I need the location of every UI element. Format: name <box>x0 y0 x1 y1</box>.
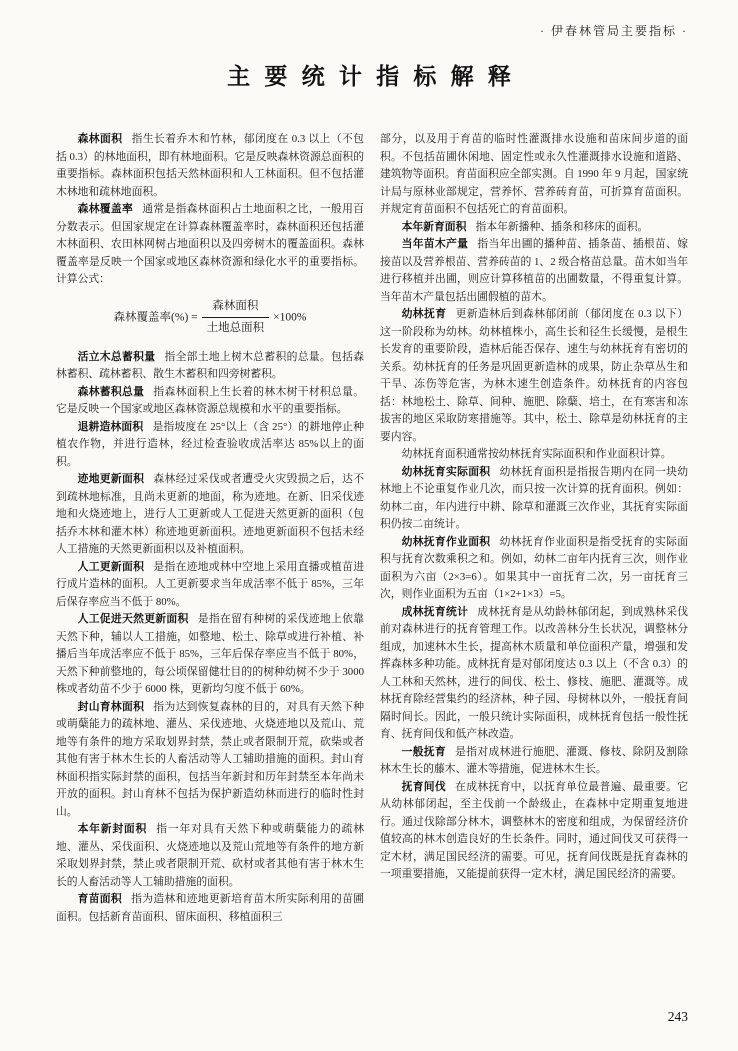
definition-paragraph: 退耕造林面积是指坡度在 25°以上（含 25°）的耕地停止种植农作物，并进行造林… <box>56 419 364 472</box>
right-column: 部分，以及用于育苗的临时性灌溉排水设施和苗床间步道的面积。不包括苗圃休闲地、固定… <box>380 131 688 926</box>
page-title: 主要统计指标解释 <box>0 58 738 91</box>
definition-paragraph: 幼林抚育面积通常按幼林抚育实际面积和作业面积计算。 <box>380 446 688 464</box>
term-label: 育苗面积 <box>78 893 122 905</box>
term-label: 森林覆盖率 <box>78 203 134 215</box>
definition-text: 部分，以及用于育苗的临时性灌溉排水设施和苗床间步道的面积。不包括苗圃休闲地、固定… <box>380 133 688 215</box>
term-label: 幼林抚育作业面积 <box>402 536 491 548</box>
formula-denominator: 土地总面积 <box>202 318 270 338</box>
definition-paragraph: 本年新育面积指本年新播种、插条和移床的面积。 <box>380 219 688 237</box>
formula-suffix: ×100% <box>273 311 306 323</box>
running-head: · 伊春林管局主要指标 · <box>540 22 688 39</box>
term-label: 一般抚育 <box>402 746 446 758</box>
definition-paragraph: 当年苗木产量指当年出圃的播种苗、插条苗、插根苗、嫁接苗以及营养根苗、营养砖苗的 … <box>380 236 688 306</box>
forest-coverage-formula: 森林覆盖率(%) =森林面积土地总面积×100% <box>56 289 364 349</box>
definition-paragraph: 抚育间伐在成林抚育中，以抚育单位最普遍、最重要。它从幼林郁闭起，至主伐前一个龄级… <box>380 779 688 884</box>
term-label: 幼林抚育 <box>402 308 447 320</box>
definition-paragraph: 人工更新面积是指在迹地或林中空地上采用直播或植苗进行成片造林的面积。人工更新要求… <box>56 559 364 612</box>
definition-paragraph: 人工促进天然更新面积是指在留有种树的采伐迹地上依靠天然下种，辅以人工措施，如整地… <box>56 611 364 699</box>
definition-text: 指本年新播种、插条和移床的面积。 <box>476 221 649 233</box>
formula-numerator: 森林面积 <box>202 298 270 319</box>
left-column: 森林面积指生长着乔木和竹林，郁闭度在 0.3 以上（不包括 0.3）的林地面积，… <box>56 131 364 926</box>
formula-lhs: 森林覆盖率(%) = <box>114 311 198 323</box>
definition-text: 在成林抚育中，以抚育单位最普遍、最重要。它从幼林郁闭起，至主伐前一个龄级止，在森… <box>380 781 688 881</box>
page-number: 243 <box>668 1009 688 1025</box>
definition-text: 森林经过采伐或者遭受火灾毁损之后，达不到疏林地标准，且尚未更新的地面，称为迹地。… <box>56 473 364 555</box>
two-column-body: 森林面积指生长着乔木和竹林，郁闭度在 0.3 以上（不包括 0.3）的林地面积，… <box>56 131 688 926</box>
definition-paragraph: 本年新封面积指一年对具有天然下种或萌蘖能力的疏林地、灌丛、采伐面积、火烧迹地以及… <box>56 821 364 891</box>
definition-paragraph: 迹地更新面积森林经过采伐或者遭受火灾毁损之后，达不到疏林地标准，且尚未更新的地面… <box>56 471 364 559</box>
term-label: 当年苗木产量 <box>402 238 469 250</box>
formula-fraction: 森林面积土地总面积 <box>202 298 270 338</box>
term-label: 本年新封面积 <box>78 823 148 835</box>
definition-text: 成林抚育是从幼龄林郁闭起，到成熟林采伐前对森林进行的抚育管理工作。以改善林分生长… <box>380 606 688 741</box>
definition-paragraph: 封山育林面积指为达到恢复森林的目的，对具有天然下种或萌蘖能力的疏林地、灌丛、采伐… <box>56 699 364 822</box>
definition-text: 是指在留有种树的采伐迹地上依靠天然下种，辅以人工措施，如整地、松土、除草或进行补… <box>56 613 364 695</box>
definition-text: 更新造林后到森林郁闭前（郁闭度在 0.3 以下）这一阶段称为幼林。幼林植株小，高… <box>380 308 688 443</box>
definition-text: 通常是指森林面积占土地面积之比，一般用百分数表示。但国家规定在计算森林覆盖率时，… <box>56 203 364 285</box>
document-page: · 伊春林管局主要指标 · 主要统计指标解释 森林面积指生长着乔木和竹林，郁闭度… <box>0 0 738 1051</box>
definition-paragraph: 育苗面积指为造林和迹地更新培育苗木所实际利用的苗圃面积。包括新育苗面积、留床面积… <box>56 891 364 926</box>
term-label: 森林蓄积总量 <box>78 386 145 398</box>
term-label: 退耕造林面积 <box>78 421 144 433</box>
continuation-paragraph: 部分，以及用于育苗的临时性灌溉排水设施和苗床间步道的面积。不包括苗圃休闲地、固定… <box>380 131 688 219</box>
term-label: 迹地更新面积 <box>78 473 145 485</box>
definition-paragraph: 一般抚育是指对成林进行施肥、灌溉、修枝、除阴及割除林木生长的藤木、灌木等措施，促… <box>380 744 688 779</box>
definition-paragraph: 幼林抚育更新造林后到森林郁闭前（郁闭度在 0.3 以下）这一阶段称为幼林。幼林植… <box>380 306 688 446</box>
term-label: 抚育间伐 <box>402 781 446 793</box>
term-label: 幼林抚育实际面积 <box>402 466 491 478</box>
definition-paragraph: 森林面积指生长着乔木和竹林，郁闭度在 0.3 以上（不包括 0.3）的林地面积，… <box>56 131 364 201</box>
term-label: 活立木总蓄积量 <box>78 351 156 363</box>
definition-text: 幼林抚育面积通常按幼林抚育实际面积和作业面积计算。 <box>402 448 672 460</box>
term-label: 成林抚育统计 <box>402 606 469 618</box>
definition-text: 指为达到恢复森林的目的，对具有天然下种或萌蘖能力的疏林地、灌丛、采伐迹地、火烧迹… <box>56 701 364 818</box>
term-label: 人工促进天然更新面积 <box>78 613 189 625</box>
definition-paragraph: 成林抚育统计成林抚育是从幼龄林郁闭起，到成熟林采伐前对森林进行的抚育管理工作。以… <box>380 604 688 744</box>
definition-paragraph: 森林覆盖率通常是指森林面积占土地面积之比，一般用百分数表示。但国家规定在计算森林… <box>56 201 364 289</box>
definition-paragraph: 森林蓄积总量指森林面积上生长着的林木树干材积总量。它是反映一个国家或地区森林资源… <box>56 384 364 419</box>
definition-paragraph: 活立木总蓄积量指全部土地上树木总蓄积的总量。包括森林蓄积、疏林蓄积、散生木蓄积和… <box>56 349 364 384</box>
definition-paragraph: 幼林抚育实际面积幼林抚育面积是指报告期内在同一块幼林地上不论重复作业几次，而只按… <box>380 464 688 534</box>
term-label: 封山育林面积 <box>78 701 145 713</box>
term-label: 森林面积 <box>78 133 123 145</box>
definition-paragraph: 幼林抚育作业面积幼林抚育作业面积是指受抚育的实际面积与抚育次数乘积之和。例如，幼… <box>380 534 688 604</box>
term-label: 人工更新面积 <box>78 561 145 573</box>
term-label: 本年新育面积 <box>402 221 467 233</box>
